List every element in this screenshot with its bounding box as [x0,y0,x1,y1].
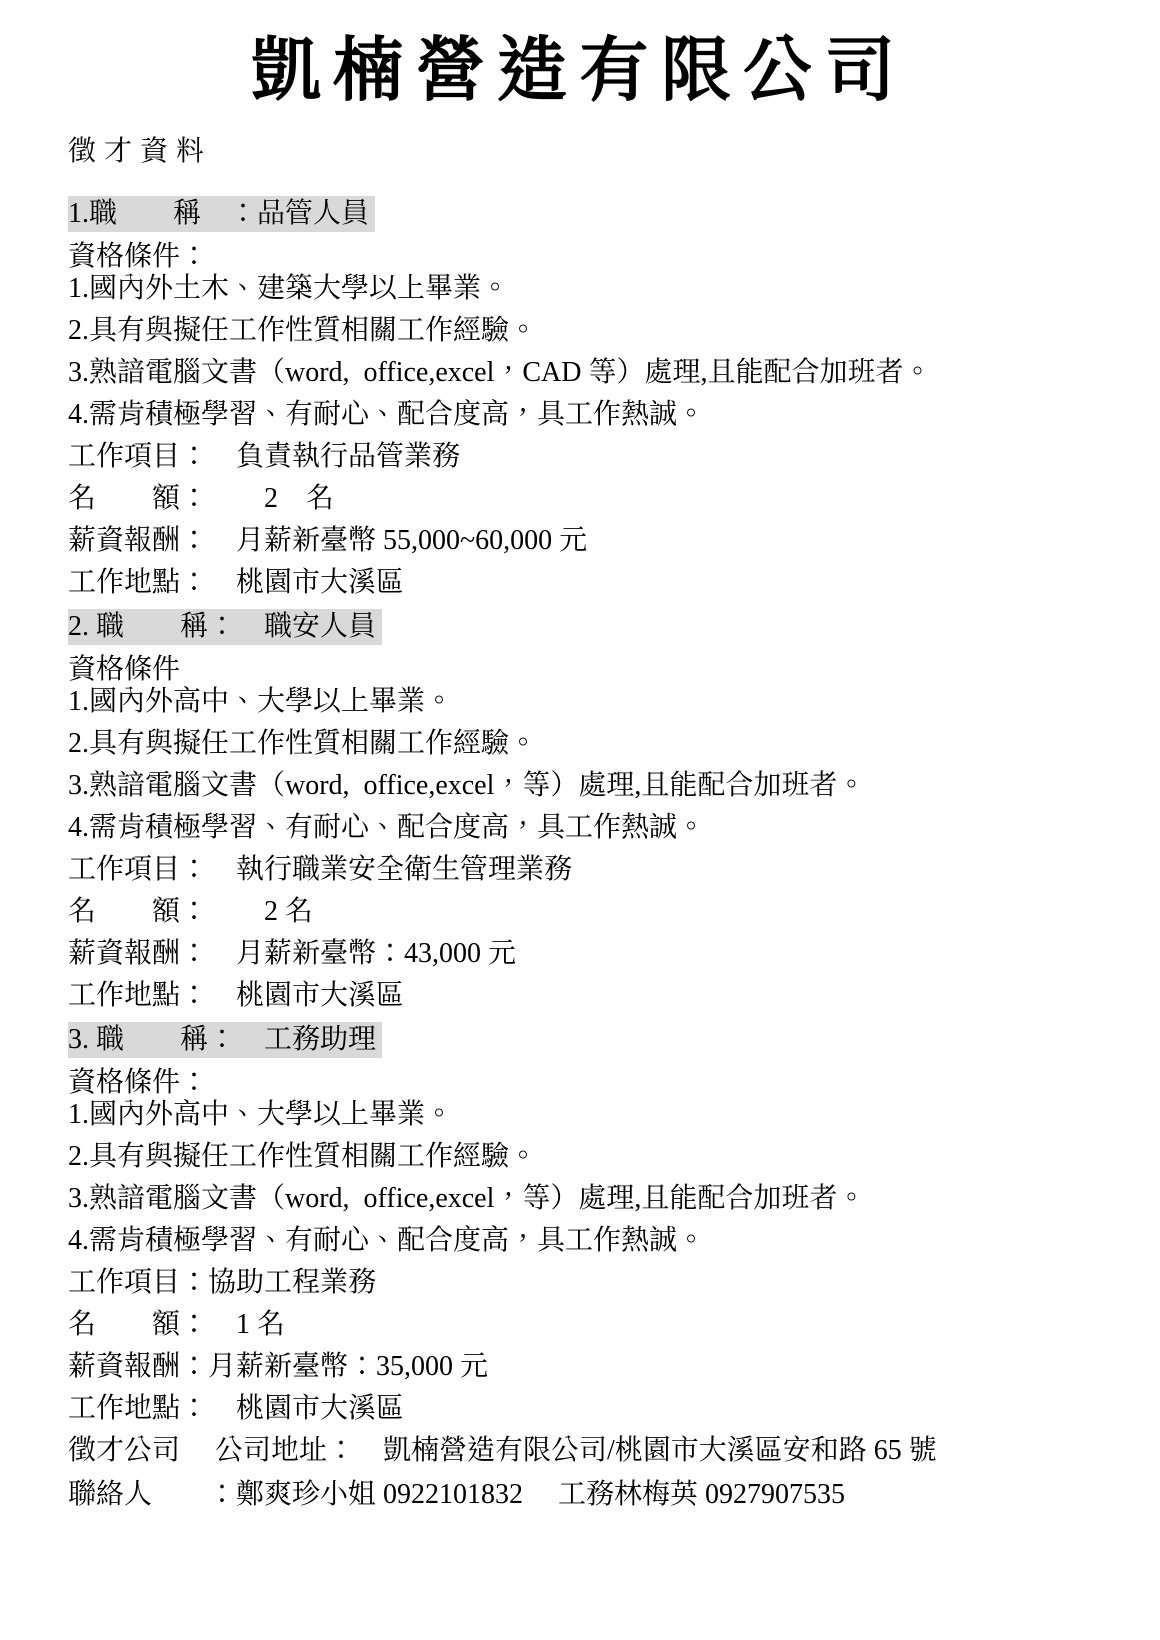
job-section-2: 2. 職 稱： 職安人員 資格條件 1.國內外高中、大學以上畢業。 2.具有與擬… [68,609,1090,1012]
job-3-qualification-item: 1.國內外高中、大學以上畢業。 [68,1099,1090,1131]
job-section-3: 3. 職 稱： 工務助理 資格條件： 1.國內外高中、大學以上畢業。 2.具有與… [68,1022,1090,1425]
job-2-qualification-item: 4.需肯積極學習、有耐心、配合度高，具工作熱誠。 [68,812,1090,844]
job-2-qualification-item: 3.熟諳電腦文書（word, office,excel，等）處理,且能配合加班者… [68,770,1090,802]
document-page: 凱楠營造有限公司 徵才資料 1.職 稱 ：品管人員 資格條件： 1.國內外土木、… [0,0,1160,1640]
job-1-qualification-item: 3.熟諳電腦文書（word, office,excel，CAD 等）處理,且能配… [68,357,1090,389]
job-1-detail-headcount: 名 額： 2 名 [68,483,1090,515]
job-1-qualification-item: 2.具有與擬任工作性質相關工作經驗。 [68,315,1090,347]
job-1-heading-highlight: 1.職 稱 ：品管人員 [68,196,375,232]
job-3-heading-row: 3. 職 稱： 工務助理 [68,1022,1090,1058]
job-1-qualifications-label: 資格條件： [68,241,1090,273]
job-1-heading-row: 1.職 稱 ：品管人員 [68,196,1090,232]
job-section-1: 1.職 稱 ：品管人員 資格條件： 1.國內外土木、建築大學以上畢業。 2.具有… [68,196,1090,599]
job-3-qualification-item: 4.需肯積極學習、有耐心、配合度高，具工作熱誠。 [68,1225,1090,1257]
job-3-detail-location: 工作地點： 桃園市大溪區 [68,1393,1090,1425]
job-2-heading-highlight: 2. 職 稱： 職安人員 [68,609,382,645]
job-3-qualification-item: 2.具有與擬任工作性質相關工作經驗。 [68,1141,1090,1173]
job-2-qualification-item: 1.國內外高中、大學以上畢業。 [68,686,1090,718]
job-2-detail-headcount: 名 額： 2 名 [68,896,1090,928]
job-3-heading-highlight: 3. 職 稱： 工務助理 [68,1022,382,1058]
contact-person-line: 聯絡人 ：鄭爽珍小姐 0922101832 工務林梅英 0927907535 [68,1479,1090,1511]
job-1-detail-work-item: 工作項目： 負責執行品管業務 [68,441,1090,473]
job-2-detail-salary: 薪資報酬： 月薪新臺幣：43,000 元 [68,938,1090,970]
doc-subtitle: 徵才資料 [68,134,1090,170]
document-footer: 徵才公司 公司地址： 凱楠營造有限公司/桃園市大溪區安和路 65 號 聯絡人 ：… [68,1435,1090,1511]
job-3-detail-work-item: 工作項目：協助工程業務 [68,1267,1090,1299]
job-3-qualifications-label: 資格條件： [68,1067,1090,1099]
job-1-detail-location: 工作地點： 桃園市大溪區 [68,567,1090,599]
job-3-qualification-item: 3.熟諳電腦文書（word, office,excel，等）處理,且能配合加班者… [68,1183,1090,1215]
job-1-qualification-item: 4.需肯積極學習、有耐心、配合度高，具工作熱誠。 [68,399,1090,431]
job-3-detail-salary: 薪資報酬：月薪新臺幣：35,000 元 [68,1351,1090,1383]
job-2-detail-location: 工作地點： 桃園市大溪區 [68,980,1090,1012]
job-1-qualification-item: 1.國內外土木、建築大學以上畢業。 [68,273,1090,305]
job-2-qualification-item: 2.具有與擬任工作性質相關工作經驗。 [68,728,1090,760]
company-address-line: 徵才公司 公司地址： 凱楠營造有限公司/桃園市大溪區安和路 65 號 [68,1435,1090,1467]
page-title: 凱楠營造有限公司 [68,26,1090,118]
job-3-detail-headcount: 名 額： 1 名 [68,1309,1090,1341]
job-1-detail-salary: 薪資報酬： 月薪新臺幣 55,000~60,000 元 [68,525,1090,557]
job-2-heading-row: 2. 職 稱： 職安人員 [68,609,1090,645]
job-2-qualifications-label: 資格條件 [68,654,1090,686]
job-2-detail-work-item: 工作項目： 執行職業安全衛生管理業務 [68,854,1090,886]
